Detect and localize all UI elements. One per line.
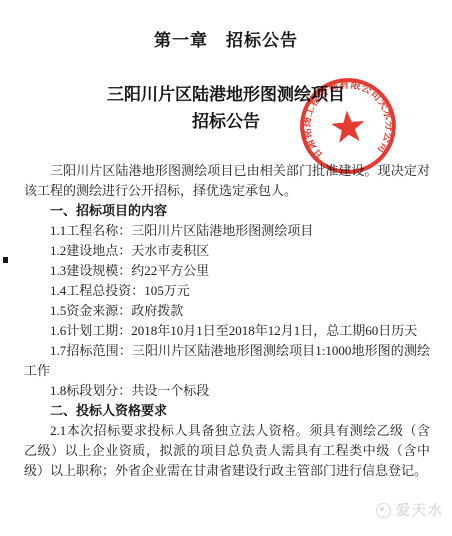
item-1-1: 1.1工程名称：三阳川片区陆港地形图测绘项目 [24, 221, 430, 241]
company-seal: 甘肃铭扬工程咨询有限公司天水分公司 [288, 66, 407, 185]
chapter-title: 第一章 招标公告 [0, 26, 452, 51]
section-1-heading: 一、招标项目的内容 [24, 201, 430, 221]
document-body: 三阳川片区陆港地形图测绘项目已由相关部门批准建设。现决定对该工程的测绘进行公开招… [24, 161, 430, 481]
stray-ink-dot [3, 257, 8, 263]
watermark: 爱天水 [376, 500, 444, 520]
item-1-5: 1.5资金来源：政府拨款 [24, 301, 430, 321]
item-1-8: 1.8标段划分：共设一个标段 [24, 381, 430, 401]
item-1-6: 1.6计划工期：2018年10月1日至2018年12月1日，总工期60日历天 [24, 321, 430, 341]
watermark-logo-icon [376, 503, 391, 518]
watermark-label: 爱天水 [396, 500, 444, 520]
document-page: 第一章 招标公告 三阳川片区陆港地形图测绘项目 招标公告 三阳川片区陆港地形图测… [0, 0, 452, 536]
item-2-1: 2.1本次招标要求投标人具备独立法人资格。须具有测绘乙级（含乙级）以上企业资质，… [24, 421, 430, 481]
item-1-4: 1.4工程总投资：105万元 [24, 281, 430, 301]
item-1-2: 1.2建设地点：天水市麦积区 [24, 241, 430, 261]
item-1-7: 1.7招标范围：三阳川片区陆港地形图测绘项目1:1000地形图的测绘工作 [24, 341, 430, 381]
star-icon [330, 109, 366, 143]
item-1-3: 1.3建设规模：约22平方公里 [24, 261, 430, 281]
section-2-heading: 二、投标人资格要求 [24, 401, 430, 421]
